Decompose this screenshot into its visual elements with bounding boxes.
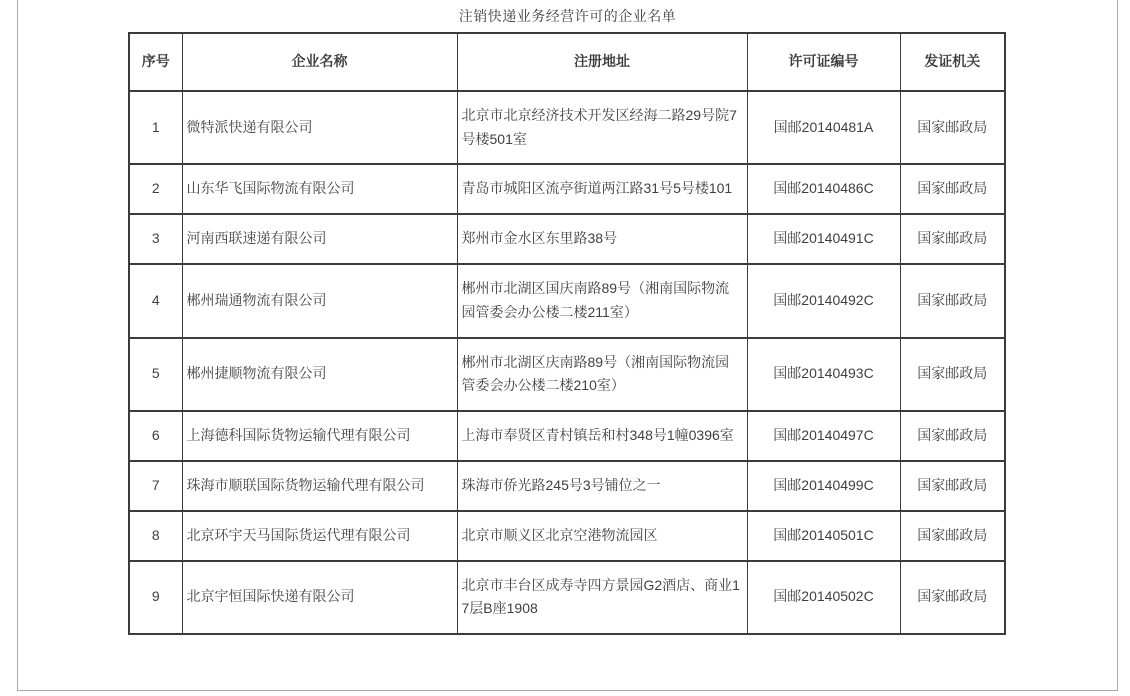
license-number-cell: 国邮20140499C <box>747 461 900 511</box>
row-index-cell: 4 <box>129 264 182 338</box>
row-index-cell: 1 <box>129 91 182 165</box>
license-number-cell: 国邮20140501C <box>747 511 900 561</box>
company-name-cell: 珠海市顺联国际货物运输代理有限公司 <box>182 461 457 511</box>
issuing-authority-cell: 国家邮政局 <box>900 164 1005 214</box>
registered-address-cell: 青岛市城阳区流亭街道两江路31号5号楼101 <box>457 164 747 214</box>
table-row: 1 微特派快递有限公司 北京市北京经济技术开发区经海二路29号院7号楼501室 … <box>129 91 1005 165</box>
company-name-cell: 郴州瑞通物流有限公司 <box>182 264 457 338</box>
license-number-cell: 国邮20140481A <box>747 91 900 165</box>
row-index-cell: 3 <box>129 214 182 264</box>
registered-address-cell: 上海市奉贤区青村镇岳和村348号1幢0396室 <box>457 411 747 461</box>
header-row: 序号 企业名称 注册地址 许可证编号 发证机关 <box>129 33 1005 91</box>
license-number-cell: 国邮20140497C <box>747 411 900 461</box>
issuing-authority-cell: 国家邮政局 <box>900 214 1005 264</box>
table-row: 9 北京宇恒国际快递有限公司 北京市丰台区成寿寺四方景园G2酒店、商业17层B座… <box>129 561 1005 635</box>
license-number-cell: 国邮20140491C <box>747 214 900 264</box>
registered-address-cell: 郴州市北湖区庆南路89号（湘南国际物流园管委会办公楼二楼210室） <box>457 338 747 412</box>
table-header: 序号 企业名称 注册地址 许可证编号 发证机关 <box>129 33 1005 91</box>
company-name-cell: 山东华飞国际物流有限公司 <box>182 164 457 214</box>
page-frame: 注销快递业务经营许可的企业名单 序号 企业名称 注册地址 许可证编号 发证机关 … <box>17 0 1118 691</box>
license-table: 序号 企业名称 注册地址 许可证编号 发证机关 1 微特派快递有限公司 北京市北… <box>128 32 1006 635</box>
company-name-cell: 微特派快递有限公司 <box>182 91 457 165</box>
table-row: 7 珠海市顺联国际货物运输代理有限公司 珠海市侨光路245号3号铺位之一 国邮2… <box>129 461 1005 511</box>
table-row: 4 郴州瑞通物流有限公司 郴州市北湖区国庆南路89号（湘南国际物流园管委会办公楼… <box>129 264 1005 338</box>
page-title: 注销快递业务经营许可的企业名单 <box>18 6 1117 26</box>
issuing-authority-cell: 国家邮政局 <box>900 264 1005 338</box>
registered-address-cell: 北京市丰台区成寿寺四方景园G2酒店、商业17层B座1908 <box>457 561 747 635</box>
registered-address-cell: 北京市北京经济技术开发区经海二路29号院7号楼501室 <box>457 91 747 165</box>
table-row: 3 河南西联速递有限公司 郑州市金水区东里路38号 国邮20140491C 国家… <box>129 214 1005 264</box>
column-header-company-name: 企业名称 <box>182 33 457 91</box>
row-index-cell: 2 <box>129 164 182 214</box>
issuing-authority-cell: 国家邮政局 <box>900 411 1005 461</box>
column-header-index: 序号 <box>129 33 182 91</box>
issuing-authority-cell: 国家邮政局 <box>900 91 1005 165</box>
registered-address-cell: 郑州市金水区东里路38号 <box>457 214 747 264</box>
registered-address-cell: 珠海市侨光路245号3号铺位之一 <box>457 461 747 511</box>
row-index-cell: 5 <box>129 338 182 412</box>
issuing-authority-cell: 国家邮政局 <box>900 511 1005 561</box>
issuing-authority-cell: 国家邮政局 <box>900 338 1005 412</box>
issuing-authority-cell: 国家邮政局 <box>900 461 1005 511</box>
license-number-cell: 国邮20140493C <box>747 338 900 412</box>
registered-address-cell: 北京市顺义区北京空港物流园区 <box>457 511 747 561</box>
company-name-cell: 北京宇恒国际快递有限公司 <box>182 561 457 635</box>
license-number-cell: 国邮20140486C <box>747 164 900 214</box>
table-row: 6 上海德科国际货物运输代理有限公司 上海市奉贤区青村镇岳和村348号1幢039… <box>129 411 1005 461</box>
table-row: 5 郴州捷顺物流有限公司 郴州市北湖区庆南路89号（湘南国际物流园管委会办公楼二… <box>129 338 1005 412</box>
table-row: 8 北京环宇天马国际货运代理有限公司 北京市顺义区北京空港物流园区 国邮2014… <box>129 511 1005 561</box>
column-header-registered-address: 注册地址 <box>457 33 747 91</box>
registered-address-cell: 郴州市北湖区国庆南路89号（湘南国际物流园管委会办公楼二楼211室） <box>457 264 747 338</box>
company-name-cell: 上海德科国际货物运输代理有限公司 <box>182 411 457 461</box>
company-name-cell: 郴州捷顺物流有限公司 <box>182 338 457 412</box>
column-header-issuing-authority: 发证机关 <box>900 33 1005 91</box>
row-index-cell: 8 <box>129 511 182 561</box>
table-row: 2 山东华飞国际物流有限公司 青岛市城阳区流亭街道两江路31号5号楼101 国邮… <box>129 164 1005 214</box>
column-header-license-number: 许可证编号 <box>747 33 900 91</box>
company-name-cell: 北京环宇天马国际货运代理有限公司 <box>182 511 457 561</box>
issuing-authority-cell: 国家邮政局 <box>900 561 1005 635</box>
table-body: 1 微特派快递有限公司 北京市北京经济技术开发区经海二路29号院7号楼501室 … <box>129 91 1005 634</box>
company-name-cell: 河南西联速递有限公司 <box>182 214 457 264</box>
row-index-cell: 6 <box>129 411 182 461</box>
license-number-cell: 国邮20140502C <box>747 561 900 635</box>
row-index-cell: 7 <box>129 461 182 511</box>
row-index-cell: 9 <box>129 561 182 635</box>
license-number-cell: 国邮20140492C <box>747 264 900 338</box>
